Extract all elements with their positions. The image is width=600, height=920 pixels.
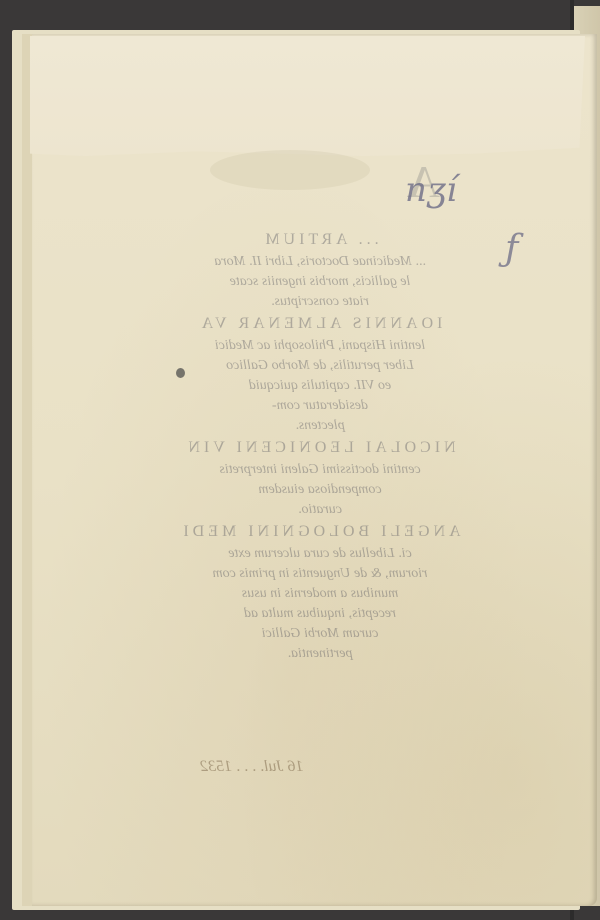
bleed-line: compendiosa eiusdem	[150, 480, 490, 500]
bleed-line: desideratur com-	[150, 396, 490, 416]
bleed-line: lentini Hispani, Philosophi ac Medici	[150, 336, 490, 356]
bleed-line: ANGELI BOLOGNINI MEDI	[150, 520, 490, 544]
bleed-line: curam Morbi Gallici	[150, 624, 490, 644]
bleed-line: ... Medicinae Doctoris, Libri II. Mora	[150, 252, 490, 272]
ink-blot	[176, 368, 185, 378]
paper-repair-flap	[30, 36, 585, 156]
bleed-line: NICOLAI LEONICENI VIN	[150, 436, 490, 460]
bleed-line: riorum, & de Unguentis in primis com	[150, 564, 490, 584]
bleed-line: Liber perutilis, de Morbo Gallico	[150, 356, 490, 376]
bleed-line: ci. Libellus de cura ulcerum exte	[150, 544, 490, 564]
handwritten-date-note: 16 Jul. . . . 1532	[200, 758, 304, 776]
bleed-line: eo VII. capitulis quicquid	[150, 376, 490, 396]
bleed-line: receptis, inquibus multa ad	[150, 604, 490, 624]
bleed-line: ... ARTIUM	[150, 228, 490, 252]
bleed-line: munibus a modernis in usus	[150, 584, 490, 604]
bleed-through-text: ... ARTIUM... Medicinae Doctoris, Libri …	[150, 228, 490, 664]
bleed-line: pertinentia.	[150, 644, 490, 664]
bleed-line: centini doctissimi Galeni interpretis	[150, 460, 490, 480]
handwritten-mark-1: nʒı́	[405, 170, 457, 210]
bleed-line: IOANNIS ALMENAR VA	[150, 312, 490, 336]
handwritten-mark-2: ƒ	[505, 228, 518, 269]
bleed-line: plectens.	[150, 416, 490, 436]
bleed-line: le gallicis, morbis ingeniis scate	[150, 272, 490, 292]
bleed-heading-fragment: A	[110, 155, 440, 208]
bleed-line: riate conscriptus.	[150, 292, 490, 312]
bleed-line: curatio.	[150, 500, 490, 520]
